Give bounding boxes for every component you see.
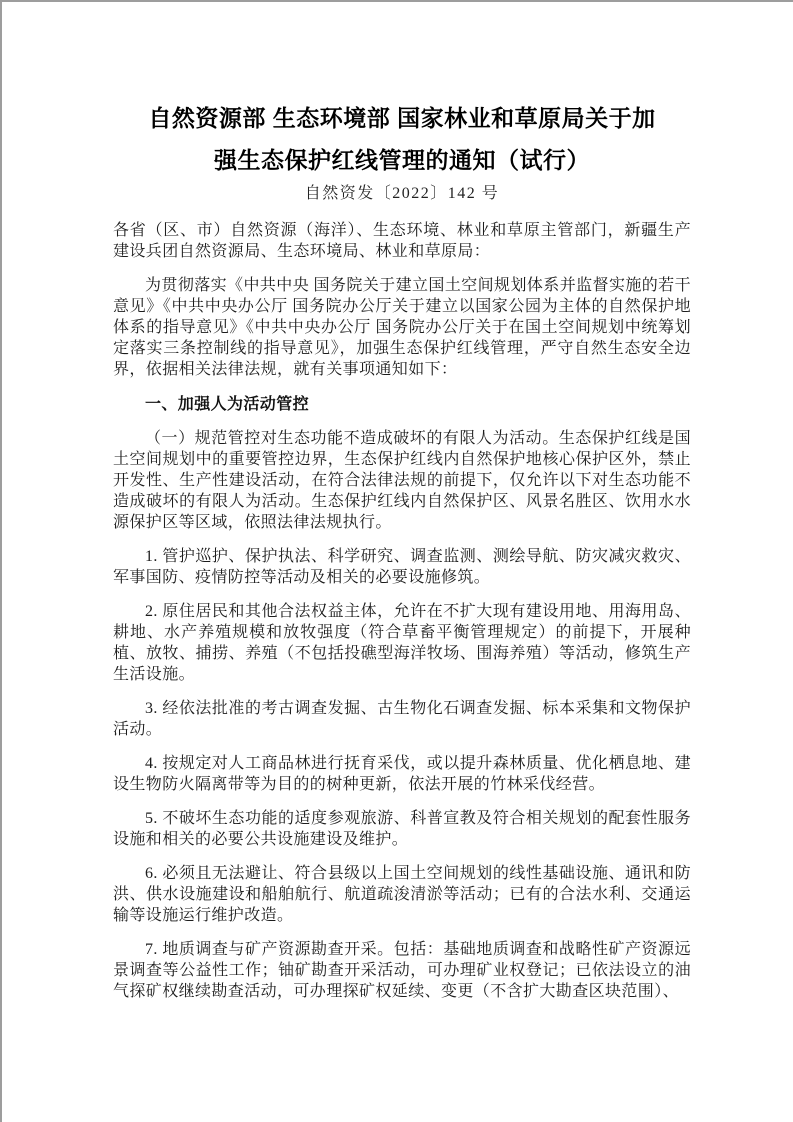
list-item-6: 6. 必须且无法避让、符合县级以上国土空间规划的线性基础设施、通讯和防洪、供水设… [113,863,691,926]
list-item-7: 7. 地质调查与矿产资源勘查开采。包括：基础地质调查和战略性矿产资源远景调查等公… [113,939,691,1002]
document-title-line-2: 强生态保护红线管理的通知（试行） [214,147,590,173]
document-title: 自然资源部 生态环境部 国家林业和草原局关于加 强生态保护红线管理的通知（试行） [113,97,691,181]
list-item-3: 3. 经依法批准的考古调查发掘、古生物化石调查发掘、标本采集和文物保护活动。 [113,698,691,740]
document-page: { "page": { "title_lines": [ "自然资源部 生态环境… [0,0,793,1122]
list-item-5: 5. 不破坏生态功能的适度参观旅游、科普宣教及符合相关规划的配套性服务设施和相关… [113,808,691,850]
list-item-2: 2. 原住居民和其他合法权益主体，允许在不扩大现有建设用地、用海用岛、耕地、水产… [113,601,691,685]
list-item-1: 1. 管护巡护、保护执法、科学研究、调查监测、测绘导航、防灾减灾救灾、军事国防、… [113,546,691,588]
document-title-line-1: 自然资源部 生态环境部 国家林业和草原局关于加 [148,105,655,131]
salutation-paragraph: 各省（区、市）自然资源（海洋）、生态环境、林业和草原主管部门，新疆生产建设兵团自… [113,220,691,262]
intro-paragraph: 为贯彻落实《中共中央 国务院关于建立国土空间规划体系并监督实施的若干意见》《中共… [113,275,691,380]
section-1-heading: 一、加强人为活动管控 [113,394,691,415]
list-item-4: 4. 按规定对人工商品林进行抚育采伐，或以提升森林质量、优化栖息地、建设生物防火… [113,753,691,795]
document-body: 自然资源部 生态环境部 国家林业和草原局关于加 强生态保护红线管理的通知（试行）… [113,0,691,1002]
document-text: 各省（区、市）自然资源（海洋）、生态环境、林业和草原主管部门，新疆生产建设兵团自… [113,220,691,1002]
clause-1-paragraph: （一）规范管控对生态功能不造成破坏的有限人为活动。生态保护红线是国土空间规划中的… [113,428,691,533]
page-edge-left-line [0,0,2,1122]
document-number: 自然资发〔2022〕142 号 [113,183,691,204]
